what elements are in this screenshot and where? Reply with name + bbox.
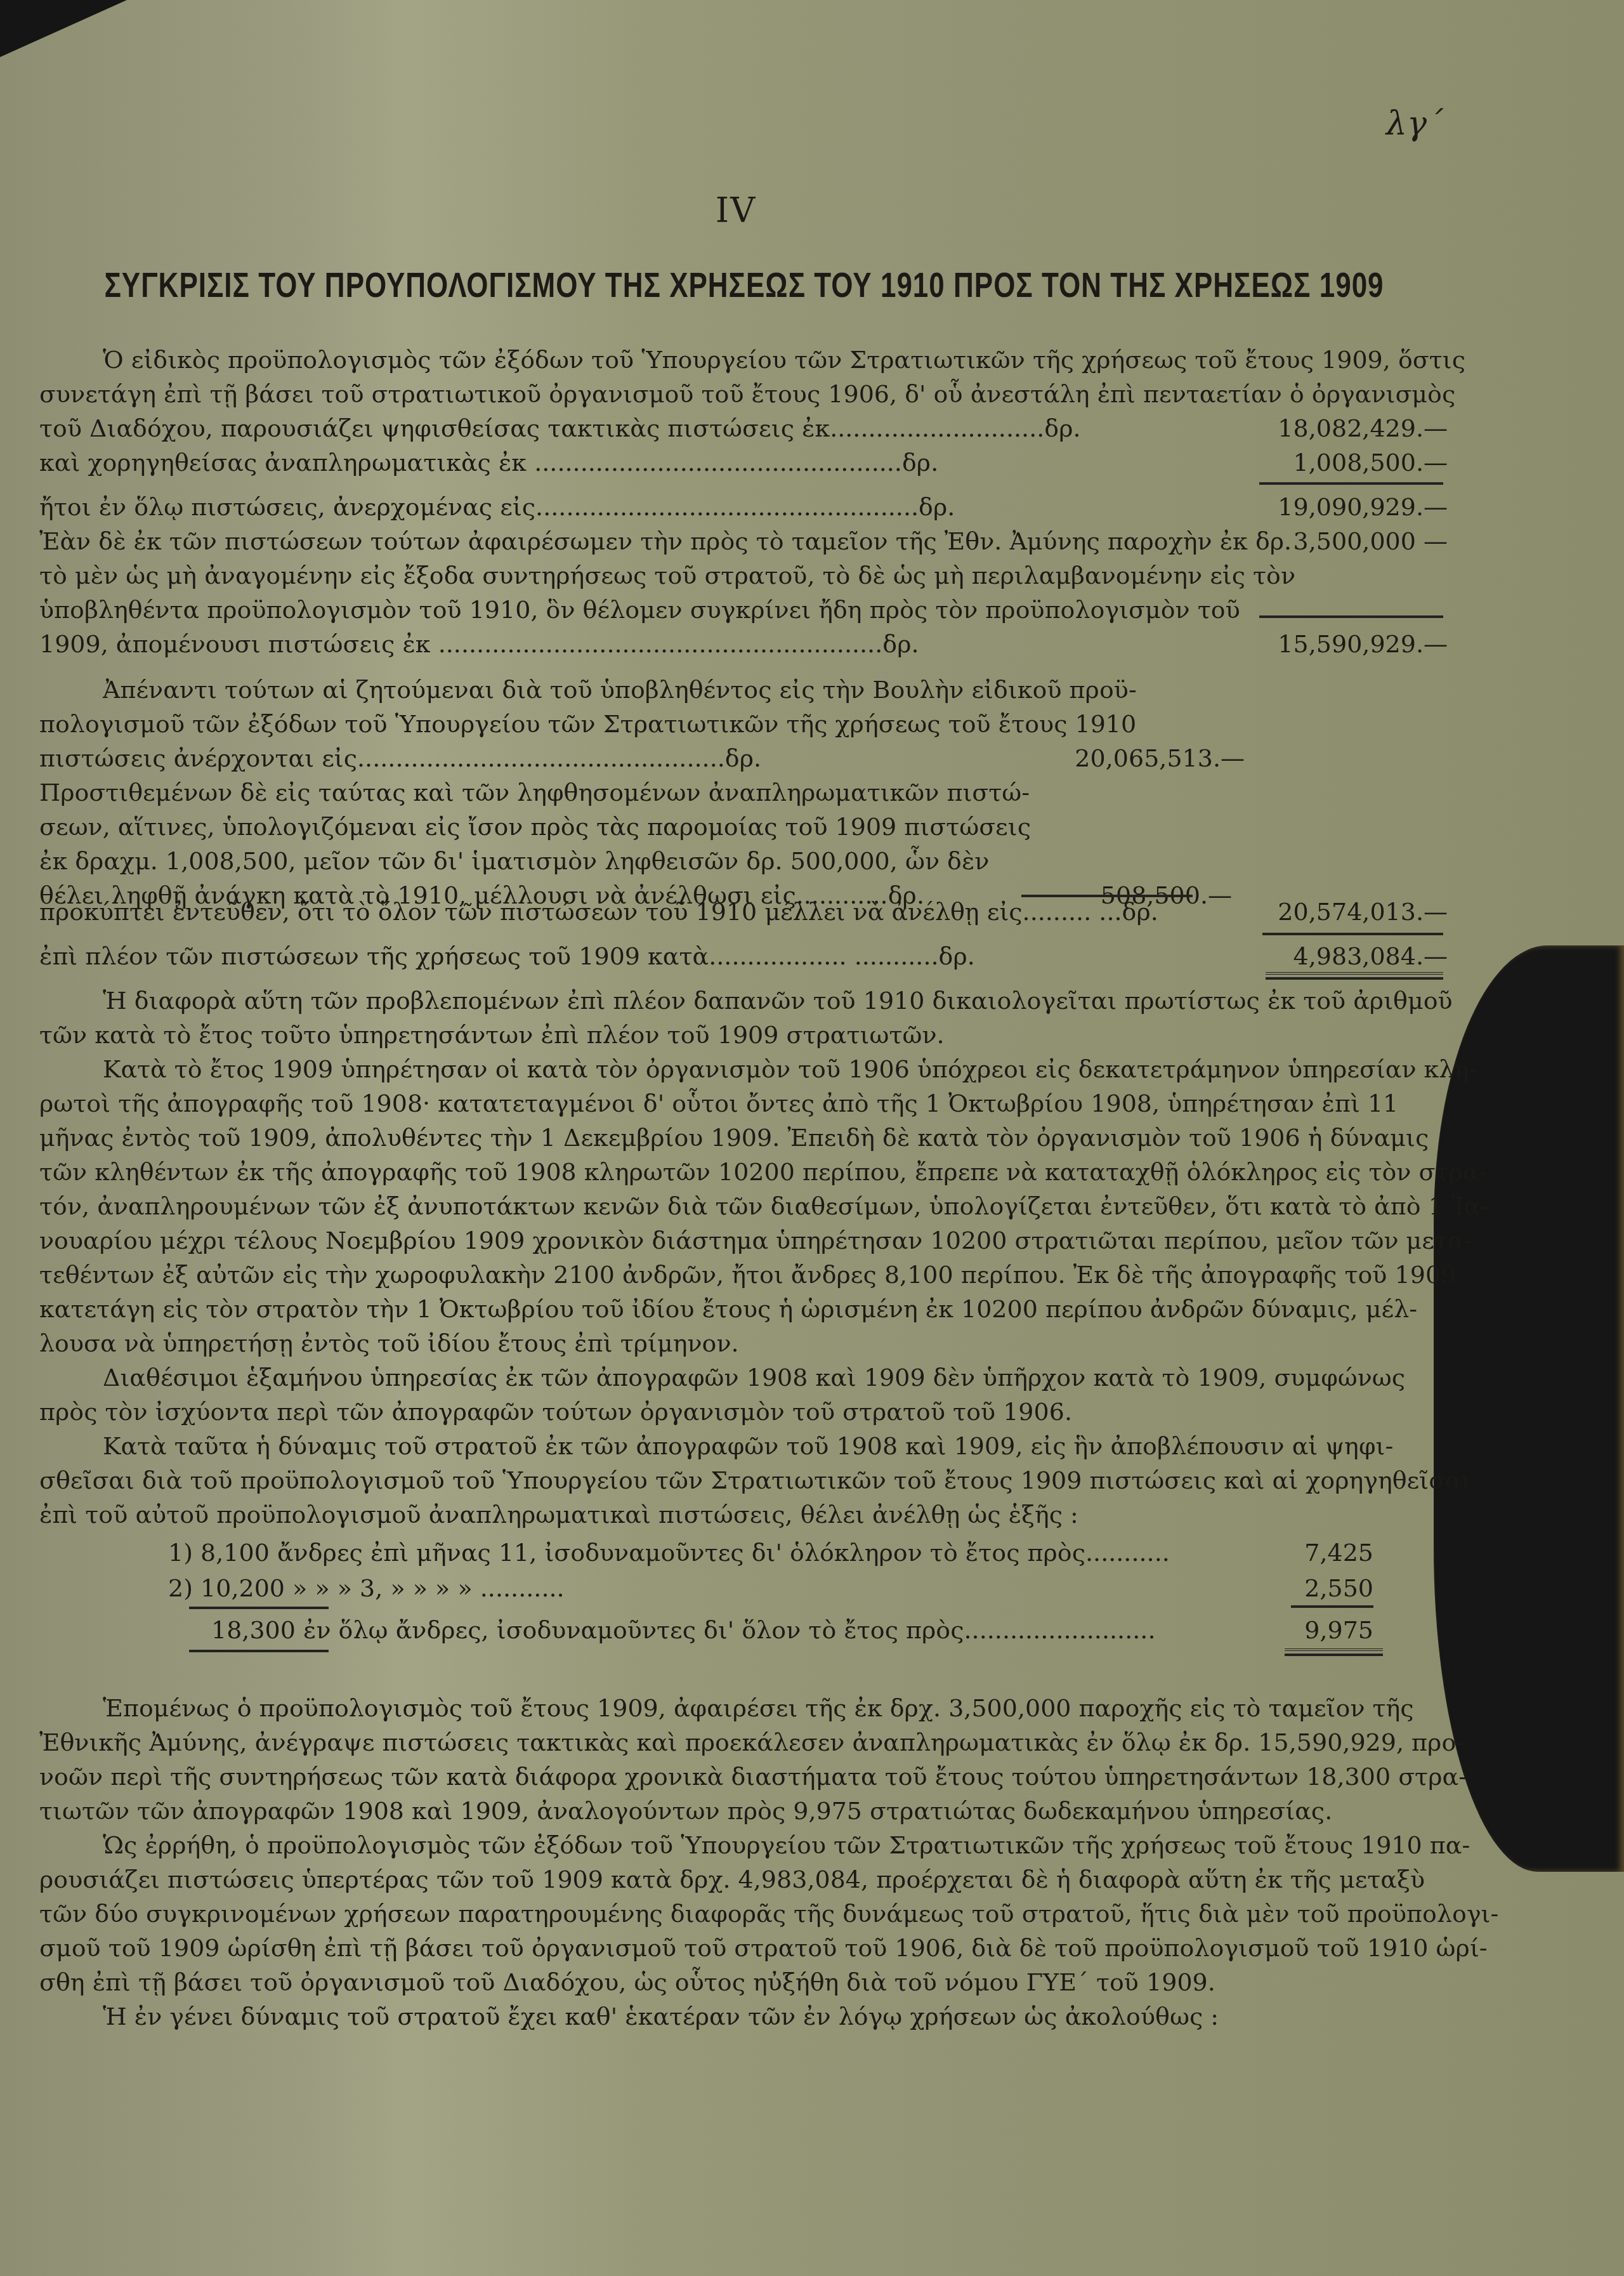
amount: 20,065,513.— [1075,741,1245,775]
amount: 15,590,929.— [1278,627,1448,661]
table-value: 2,550 [1259,1574,1373,1602]
text-line: Ὡς ἐρρήθη, ὁ προϋπολογισμὸς τῶν ἐξόδων τ… [39,1828,1448,1862]
text-line: Προστιθεμένων δὲ εἰς ταύτας καὶ τῶν ληφθ… [39,775,1245,810]
requested-block: Ἀπέναντι τούτων αἱ ζητούμεναι διὰ τοῦ ὑπ… [39,673,1245,912]
page-number: λγ΄ [1386,105,1443,143]
spacer [39,929,1448,939]
ledger-row: τοῦ Διαδόχου, παρουσιάζει ψηφισθείσας τα… [39,411,1448,445]
amount: 20,574,013.— [1278,895,1448,929]
table-row: 1) 8,100 ἄνδρες ἐπὶ μῆνας 11, ἰσοδυναμοῦ… [168,1539,1373,1574]
section-number: IV [0,190,1472,230]
text-line: πολογισμοῦ τῶν ἐξόδων τοῦ Ὑπουργείου τῶν… [39,707,1245,741]
text-line: ἐκ δραχμ. 1,008,500, μεῖον τῶν δι' ἱματι… [39,844,1245,878]
ledger-row: προκύπτει ἐντεῦθεν, ὅτι τὸ ὅλον τῶν πιστ… [39,895,1448,929]
sum-rule [1259,482,1443,485]
sum-rule [1259,615,1443,618]
text-line: τῶν κατὰ τὸ ἔτος τοῦτο ὑπηρετησάντων ἐπὶ… [39,1018,1448,1052]
double-rule [1266,972,1443,980]
amount: 18,082,429.— [1278,411,1448,445]
table-row: 2) 10,200 » » » 3, » » » » ...........2,… [168,1574,1373,1610]
ledger-row: καὶ χορηγηθείσας ἀναπληρωματικὰς ἐκ ....… [39,445,1448,480]
sum-rule [189,1650,329,1652]
text-line: συνετάγη ἐπὶ τῇ βάσει τοῦ στρατιωτικοῦ ὀ… [39,377,1448,411]
text-line: Κατὰ ταῦτα ἡ δύναμις τοῦ στρατοῦ ἐκ τῶν … [39,1429,1448,1463]
text-line: τῶν δύο συγκρινομένων χρήσεων παρατηρουμ… [39,1897,1448,1931]
text-line: τόν, ἀναπληρουμένων τῶν ἐξ ἀνυποτάκτων κ… [39,1189,1448,1223]
text-line: ρωτοὶ τῆς ἀπογραφῆς τοῦ 1908· κατατεταγμ… [39,1086,1448,1121]
amount: 19,090,929.— [1278,490,1448,524]
text-line: Ἡ ἐν γένει δύναμις τοῦ στρατοῦ ἔχει καθ'… [39,1999,1448,2034]
sum-rule [1291,1605,1373,1608]
double-rule [1285,1648,1383,1656]
text-line: ρουσιάζει πιστώσεις ὑπερτέρας τῶν τοῦ 19… [39,1862,1448,1897]
sum-rule [1262,933,1443,935]
page-title: ΣΥΓΚΡΙΣΙΣ ΤΟΥ ΠΡΟΥΠΟΛΟΓΙΣΜΟΥ ΤΗΣ ΧΡΗΣΕΩΣ… [43,266,1445,306]
ledger-row: ἤτοι ἐν ὅλῳ πιστώσεις, ἀνερχομένας εἰς..… [39,490,1448,524]
intro-block: Ὁ εἰδικὸς προϋπολογισμὸς τῶν ἐξόδων τοῦ … [39,343,1448,661]
amount: 4,983,084.— [1293,939,1448,973]
table-value: 7,425 [1259,1539,1373,1567]
table-row-total: 18,300 ἐν ὅλῳ ἄνδρες, ἰσοδυναμοῦντες δι'… [168,1616,1373,1652]
amount: 3,500,000 — [1293,524,1448,558]
text-line: τεθέντων ἐξ αὐτῶν εἰς τὴν χωροφυλακὴν 21… [39,1258,1448,1292]
text-line: σμοῦ τοῦ 1909 ὡρίσθη ἐπὶ τῇ βάσει τοῦ ὀρ… [39,1931,1448,1965]
spacer [39,480,1448,490]
sum-rule [189,1607,329,1609]
ledger-row: ἐπὶ πλέον τῶν πιστώσεων τῆς χρήσεως τοῦ … [39,939,1448,973]
text-line: Ἀπέναντι τούτων αἱ ζητούμεναι διὰ τοῦ ὑπ… [39,673,1245,707]
text-line: ἐπὶ τοῦ αὐτοῦ προϋπολογισμοῦ ἀναπληρωματ… [39,1497,1448,1532]
text-line: σεων, αἵτινες, ὑπολογιζόμεναι εἰς ἴσον π… [39,810,1245,844]
text-line: Ἐθνικῆς Ἀμύνης, ἀνέγραψε πιστώσεις τακτι… [39,1725,1448,1760]
text-line: λουσα νὰ ὑπηρετήσῃ ἐντὸς τοῦ ἰδίου ἔτους… [39,1326,1448,1360]
text-line: Διαθέσιμοι ἑξαμήνου ὑπηρεσίας ἐκ τῶν ἀπο… [39,1360,1448,1395]
text-line: σθεῖσαι διὰ τοῦ προϋπολογισμοῦ τοῦ Ὑπουρ… [39,1463,1448,1497]
ledger-row: τὸ μὲν ὡς μὴ ἀναγομένην εἰς ἔξοδα συντηρ… [39,558,1448,593]
amount: 1,008,500.— [1293,445,1448,480]
text-line: νοῶν περὶ τῆς συντηρήσεως τῶν κατὰ διάφο… [39,1760,1448,1794]
text-line: Κατὰ τὸ ἔτος 1909 ὑπηρέτησαν οἱ κατὰ τὸν… [39,1052,1448,1086]
ledger-row: Ἐὰν δὲ ἐκ τῶν πιστώσεων τούτων ἀφαιρέσωμ… [39,524,1448,558]
text-line: πιστώσεις ἀνέρχονται εἰς................… [39,741,1245,775]
scanned-page: λγ΄ IV ΣΥΓΚΡΙΣΙΣ ΤΟΥ ΠΡΟΥΠΟΛΟΓΙΣΜΟΥ ΤΗΣ … [0,0,1624,2276]
text-line: Ἑπομένως ὁ προϋπολογισμὸς τοῦ ἔτους 1909… [39,1691,1448,1725]
text-line: σθη ἐπὶ τῇ βάσει τοῦ ὀργανισμοῦ τοῦ Διαδ… [39,1965,1448,1999]
text-line: κατετάγη εἰς τὸν στρατὸν τὴν 1 Ὀκτωβρίου… [39,1292,1448,1326]
closing-block: Ἑπομένως ὁ προϋπολογισμὸς τοῦ ἔτους 1909… [39,1691,1448,2034]
explanation-block: Ἡ διαφορὰ αὕτη τῶν προβλεπομένων ἐπὶ πλέ… [39,983,1448,1532]
table-value: 9,975 [1259,1616,1373,1644]
text-line: πρὸς τὸν ἰσχύοντα περὶ τῶν ἀπογραφῶν τού… [39,1395,1448,1429]
text-line: Ὁ εἰδικὸς προϋπολογισμὸς τῶν ἐξόδων τοῦ … [39,343,1448,377]
text-line: Ἡ διαφορὰ αὕτη τῶν προβλεπομένων ἐπὶ πλέ… [39,983,1448,1018]
text-line: μῆνας ἐντὸς τοῦ 1909, ἀπολυθέντες τὴν 1 … [39,1121,1448,1155]
text-line: νουαρίου μέχρι τέλους Νοεμβρίου 1909 χρο… [39,1223,1448,1258]
text-line: τῶν κληθέντων ἐκ τῆς ἀπογραφῆς τοῦ 1908 … [39,1155,1448,1189]
folded-corner [0,0,127,57]
text-line: τιωτῶν τῶν ἀπογραφῶν 1908 καὶ 1909, ἀναλ… [39,1794,1448,1828]
totals-block: προκύπτει ἐντεῦθεν, ὅτι τὸ ὅλον τῶν πιστ… [39,895,1448,973]
ledger-row: ὑποβληθέντα προϋπολογισμὸν τοῦ 1910, ὃν … [39,593,1448,627]
strength-table: 1) 8,100 ἄνδρες ἐπὶ μῆνας 11, ἰσοδυναμοῦ… [168,1539,1373,1652]
ledger-row: 1909, ἀπομένουσι πιστώσεις ἐκ ..........… [39,627,1448,661]
